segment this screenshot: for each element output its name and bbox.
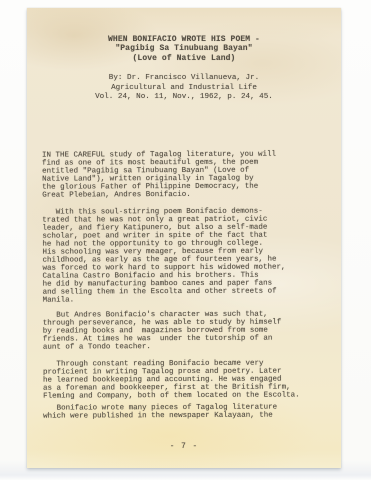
text-line: and selling them in the Escolta and othe… xyxy=(43,288,286,297)
page-number: - 7 - xyxy=(27,443,341,451)
body-paragraph: Through constant reading Bonifacio becam… xyxy=(43,360,300,401)
text-line: Agricultural and Industrial Life xyxy=(27,84,341,94)
text-line: "Pagibig Sa Tinubuang Bayan" xyxy=(27,44,341,53)
text-line: aunt of a Tondo teacher. xyxy=(43,343,282,352)
text-line: Fleming and Company, both of them locate… xyxy=(43,392,300,401)
body-paragraph: Bonifacio wrote many pieces of Tagalog l… xyxy=(43,404,277,421)
text-line: WHEN BONIFACIO WROTE HIS POEM - xyxy=(27,35,341,44)
text-line: Great Plebeian, Andres Bonifacio. xyxy=(42,191,276,200)
byline: By: Dr. Francisco Villanueva, Jr.Agricul… xyxy=(27,74,341,103)
body-paragraph: With this soul-stirring poem Bonifacio d… xyxy=(42,208,285,305)
document-title: WHEN BONIFACIO WROTE HIS POEM -"Pagibig … xyxy=(27,35,341,63)
scan-background: WHEN BONIFACIO WROTE HIS POEM -"Pagibig … xyxy=(0,0,371,480)
text-line: friends. At times he was under the tutor… xyxy=(43,335,282,344)
text-line: (Love of Native Land) xyxy=(27,54,341,63)
document-page: WHEN BONIFACIO WROTE HIS POEM -"Pagibig … xyxy=(27,8,341,468)
body-paragraph: IN THE CAREFUL study of Tagalog literatu… xyxy=(42,151,276,200)
body-text: IN THE CAREFUL study of Tagalog literatu… xyxy=(42,150,334,151)
text-line: Vol. 24, No. 11, Nov., 1962, p. 24, 45. xyxy=(27,93,341,103)
text-line: Manila. xyxy=(43,296,286,305)
body-paragraph: But Andres Bonifacio's character was suc… xyxy=(43,311,282,352)
text-line: By: Dr. Francisco Villanueva, Jr. xyxy=(27,74,341,84)
text-line: which were published in the newspaper Ka… xyxy=(43,412,277,421)
